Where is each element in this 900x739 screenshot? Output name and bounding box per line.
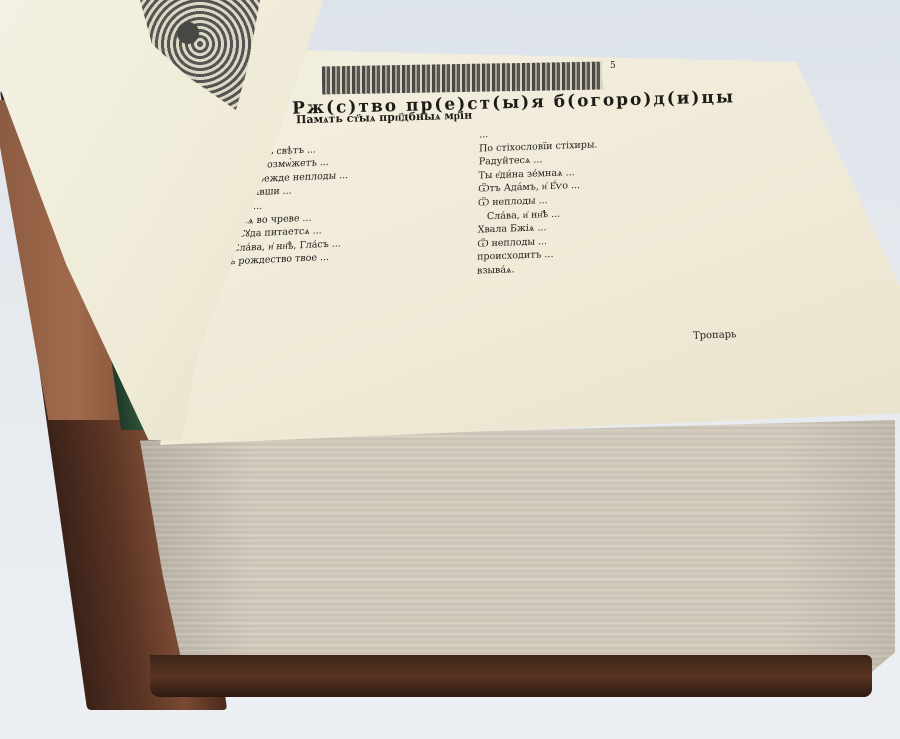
page-number: 5 xyxy=(610,62,616,71)
troparion-label: Тропарь xyxy=(693,330,737,342)
page-edge-shading xyxy=(140,420,895,678)
book-bottom-board xyxy=(150,655,872,697)
headpiece-ornament xyxy=(322,62,602,95)
text-column-right: ... По стіхословїи стіхиры. Радуйтесѧ ..… xyxy=(477,119,739,278)
